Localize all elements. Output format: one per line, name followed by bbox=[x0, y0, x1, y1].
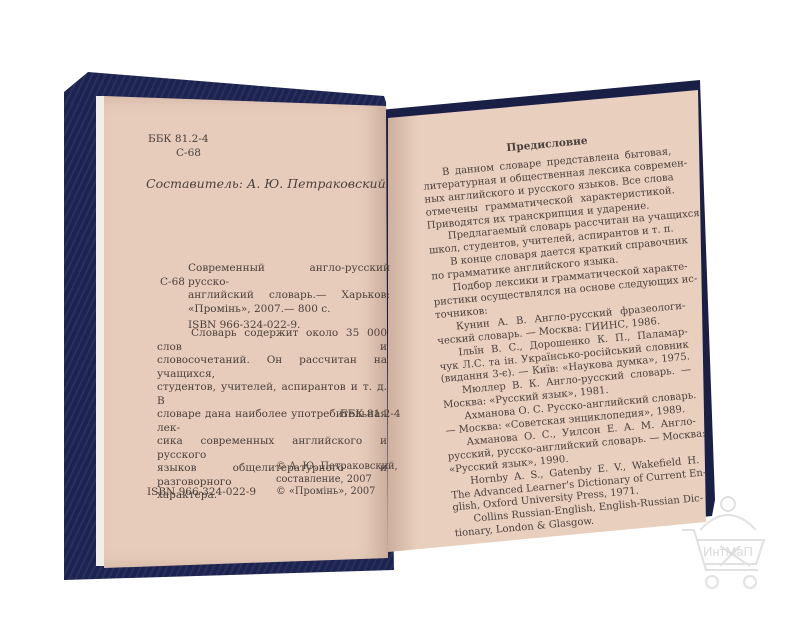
preface: Предисловие В данном словаре представлен… bbox=[420, 127, 705, 541]
compiler-line: Составитель: А. Ю. Петраковский bbox=[146, 177, 386, 191]
catalog-lines: Современный англо-русский русско-английс… bbox=[188, 262, 390, 316]
description-line: Словарь содержит около 35 000 слов и bbox=[157, 327, 387, 354]
preface-body: В данном словаре представлена бытовая,ли… bbox=[422, 146, 705, 541]
bbk-classification: ББК 81.2-4 С-68 bbox=[148, 132, 209, 160]
bbk-code: ББК 81.2-4 bbox=[148, 132, 209, 146]
shopping-cart-icon: ИнтМаП bbox=[680, 490, 770, 600]
description-line: словосочетаний. Он рассчитан на учащихся… bbox=[157, 354, 387, 381]
copyright-line: составление, 2007 bbox=[276, 474, 398, 487]
bbk-code-bottom: ББК 81.2-4 bbox=[340, 408, 401, 422]
isbn-bottom: ISBN 966-324-022-9 bbox=[147, 486, 256, 500]
catalog-entry: С-68 Современный англо-русский русско-ан… bbox=[160, 262, 390, 333]
copyright-line: © А. Ю. Петраковский, bbox=[276, 461, 398, 474]
author-mark: С-68 bbox=[148, 146, 209, 160]
copyright-line: © «Промінь», 2007 bbox=[276, 486, 398, 499]
catalog-line: английский словарь.— Харьков: bbox=[188, 289, 390, 303]
watermark-text: ИнтМаП bbox=[703, 544, 753, 559]
copyright-block: © А. Ю. Петраковский,составление, 2007© … bbox=[276, 461, 398, 499]
description-line: студентов, учителей, аспирантов и т. д. … bbox=[157, 381, 387, 408]
catalog-line: Современный англо-русский русско- bbox=[188, 262, 390, 289]
catalog-line: «Промінь», 2007.— 800 с. bbox=[188, 303, 390, 317]
catalog-mark: С-68 bbox=[160, 262, 188, 316]
description-line: сика современных английского и русского bbox=[157, 435, 387, 462]
open-book-photo: ББК 81.2-4 С-68 Составитель: А. Ю. Петра… bbox=[0, 0, 800, 630]
